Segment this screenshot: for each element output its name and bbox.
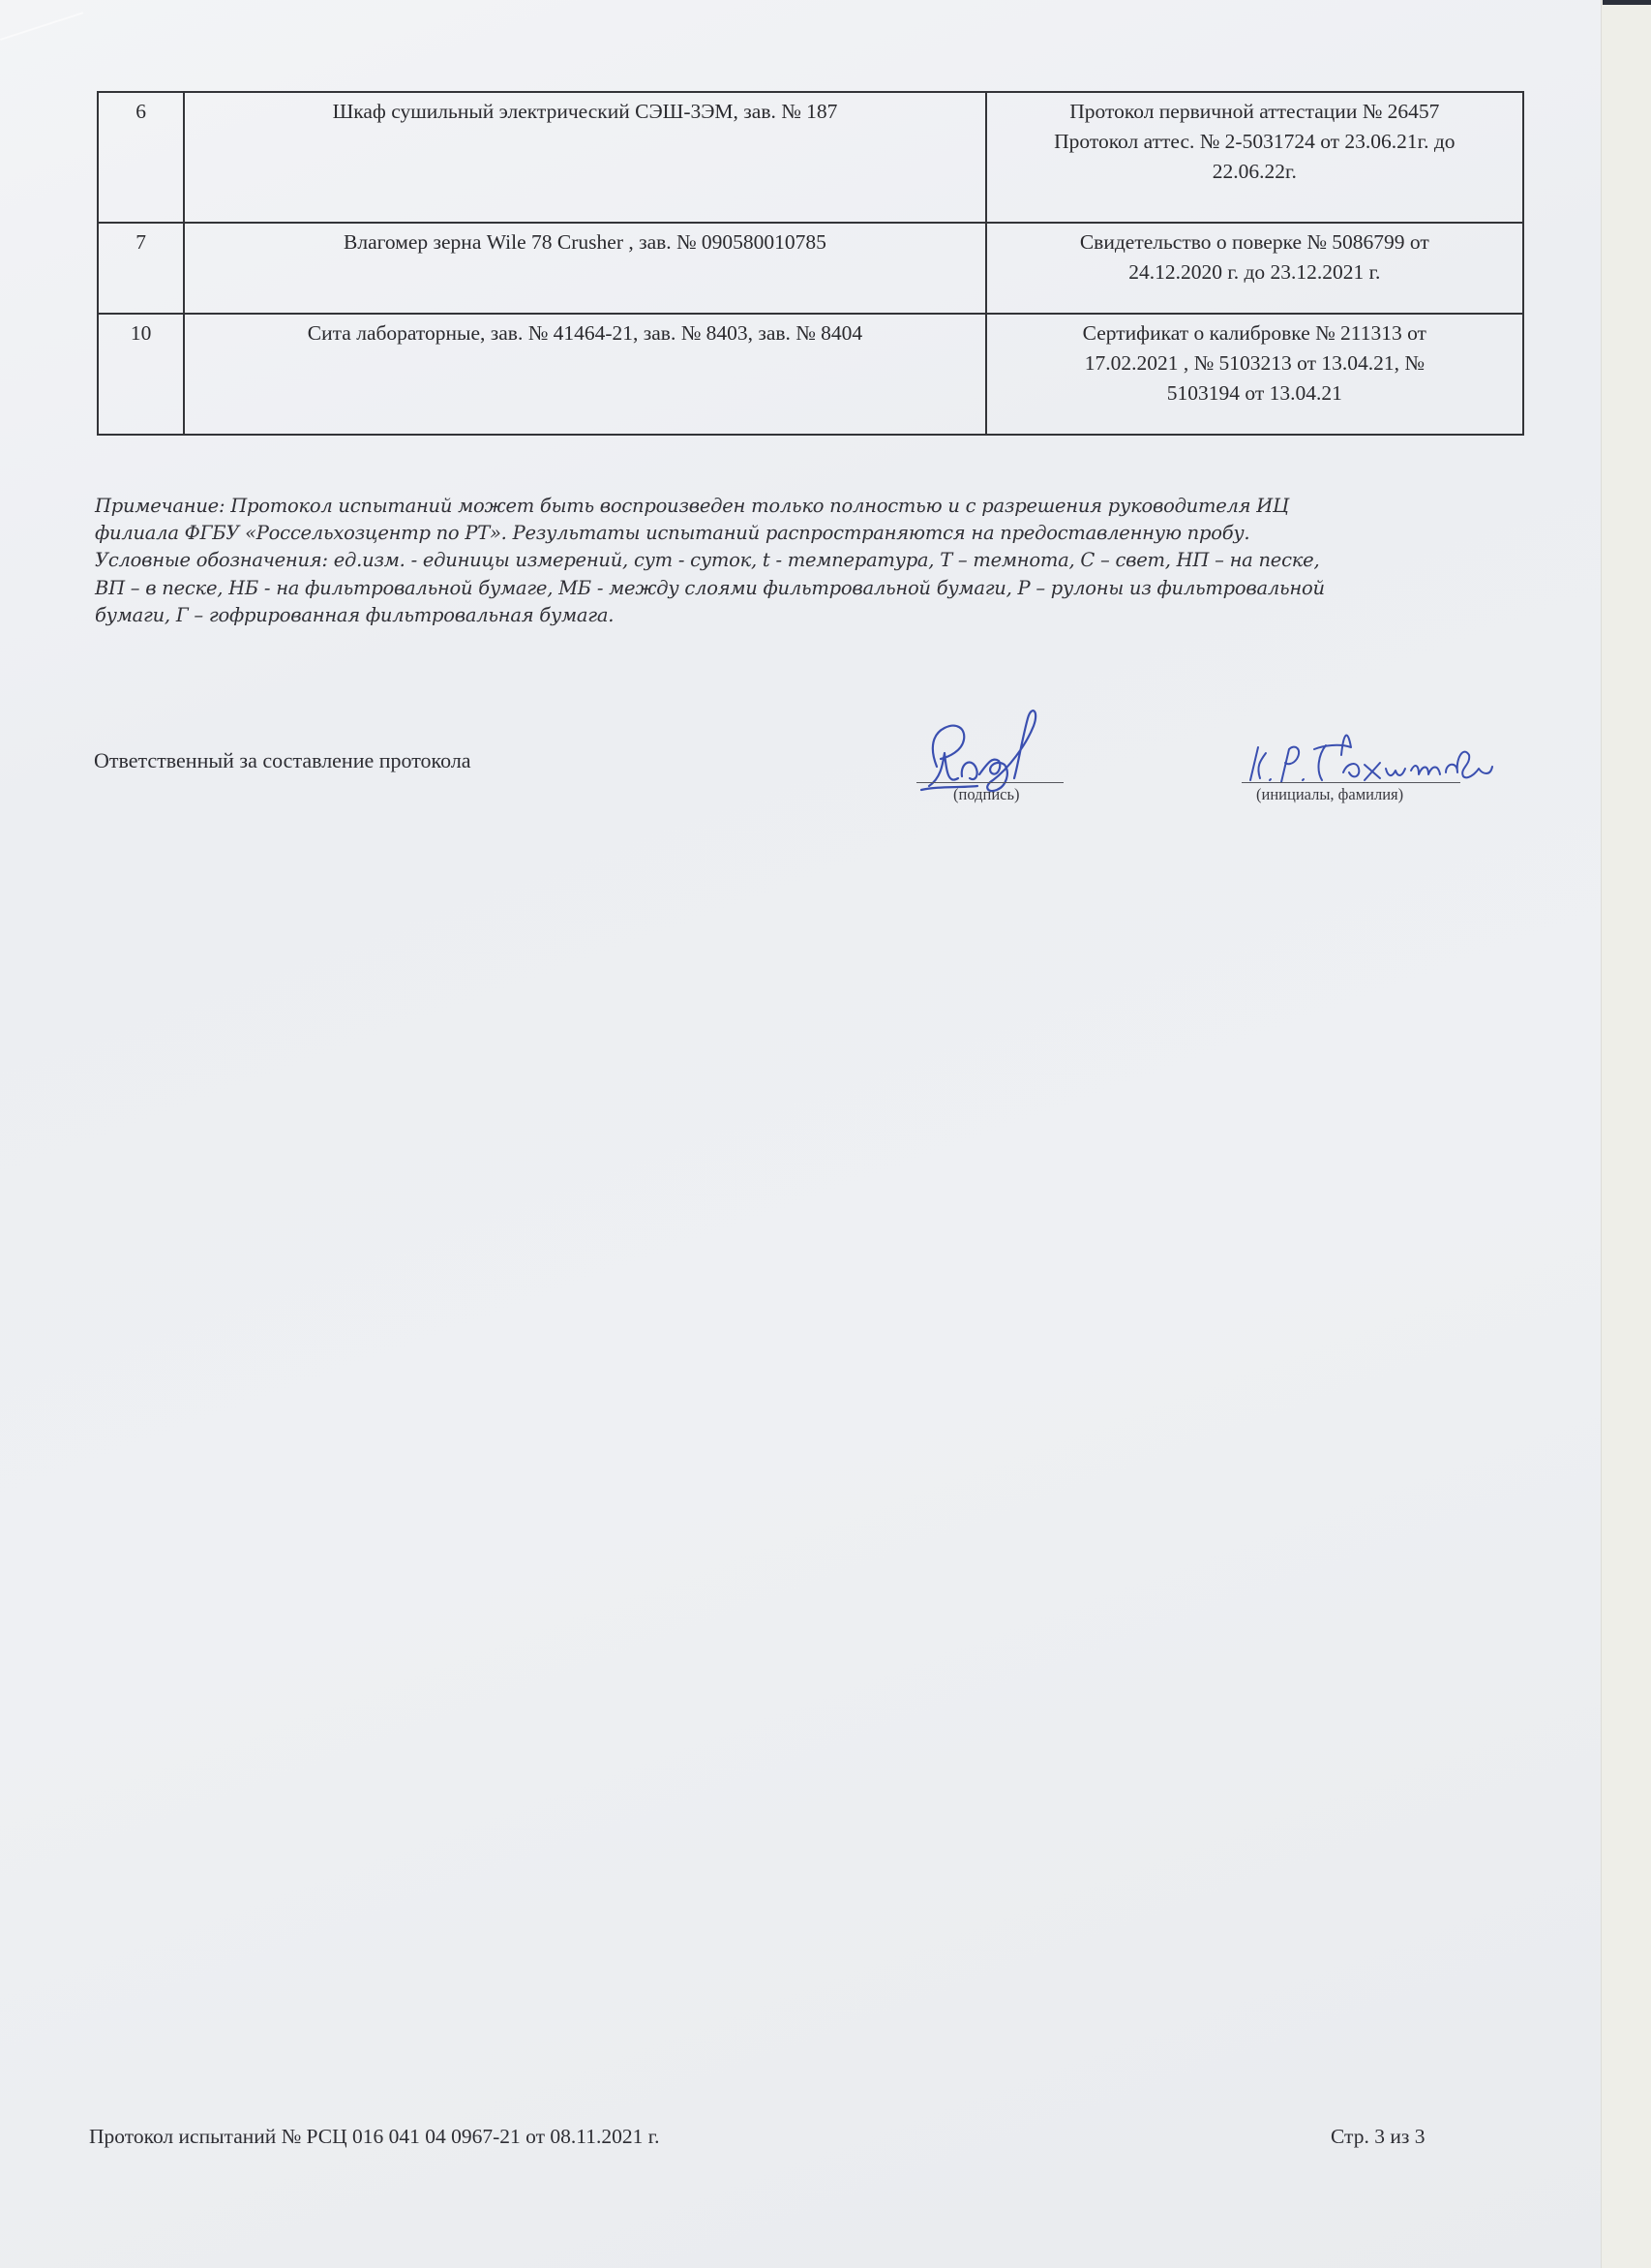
note-line: Примечание: Протокол испытаний может быт… <box>95 493 1537 520</box>
document-page: 6 Шкаф сушильный электрический СЭШ-3ЭМ, … <box>0 0 1602 2268</box>
table-row: 10 Сита лабораторные, зав. № 41464-21, з… <box>98 314 1523 435</box>
verification-document: Свидетельство о поверке № 5086799 от 24.… <box>986 223 1523 314</box>
responsible-label: Ответственный за составление протокола <box>94 748 471 773</box>
name-line <box>1242 782 1460 783</box>
document-line: 24.12.2020 г. до 23.12.2021 г. <box>991 257 1518 287</box>
note-line: бумаги, Г – гофрированная фильтровальная… <box>95 602 1537 629</box>
document-line: Свидетельство о поверке № 5086799 от <box>991 227 1518 257</box>
verification-document: Сертификат о калибровке № 211313 от 17.0… <box>986 314 1523 435</box>
verification-document: Протокол первичной аттестации № 26457 Пр… <box>986 92 1523 223</box>
footer-protocol-number: Протокол испытаний № РСЦ 016 041 04 0967… <box>89 2125 659 2149</box>
document-line: Протокол аттес. № 2-5031724 от 23.06.21г… <box>991 127 1518 157</box>
document-line: Протокол первичной аттестации № 26457 <box>991 97 1518 127</box>
signature-caption: (подпись) <box>953 785 1020 804</box>
name-caption: (инициалы, фамилия) <box>1256 785 1403 804</box>
document-line: 17.02.2021 , № 5103213 от 13.04.21, № <box>991 348 1518 378</box>
document-line: 5103194 от 13.04.21 <box>991 378 1518 408</box>
paper-crease <box>0 12 96 77</box>
note-line: Условные обозначения: ед.изм. - единицы … <box>95 547 1537 574</box>
note-line: ВП – в песке, НБ - на фильтровальной бум… <box>95 575 1537 602</box>
equipment-name: Сита лабораторные, зав. № 41464-21, зав.… <box>184 314 985 435</box>
equipment-table: 6 Шкаф сушильный электрический СЭШ-3ЭМ, … <box>97 91 1524 436</box>
table-row: 7 Влагомер зерна Wile 78 Crusher , зав. … <box>98 223 1523 314</box>
note-paragraph: Примечание: Протокол испытаний может быт… <box>95 493 1537 629</box>
row-number: 6 <box>98 92 184 223</box>
table-row: 6 Шкаф сушильный электрический СЭШ-3ЭМ, … <box>98 92 1523 223</box>
row-number: 7 <box>98 223 184 314</box>
row-number: 10 <box>98 314 184 435</box>
scan-edge-mark <box>1603 0 1651 5</box>
equipment-name: Влагомер зерна Wile 78 Crusher , зав. № … <box>184 223 985 314</box>
note-line: филиала ФГБУ «Россельхозцентр по РТ». Ре… <box>95 520 1537 547</box>
signature-line <box>916 782 1064 783</box>
equipment-name: Шкаф сушильный электрический СЭШ-3ЭМ, за… <box>184 92 985 223</box>
footer-page-number: Стр. 3 из 3 <box>1331 2125 1425 2149</box>
document-line: 22.06.22г. <box>991 157 1518 187</box>
document-line: Сертификат о калибровке № 211313 от <box>991 318 1518 348</box>
